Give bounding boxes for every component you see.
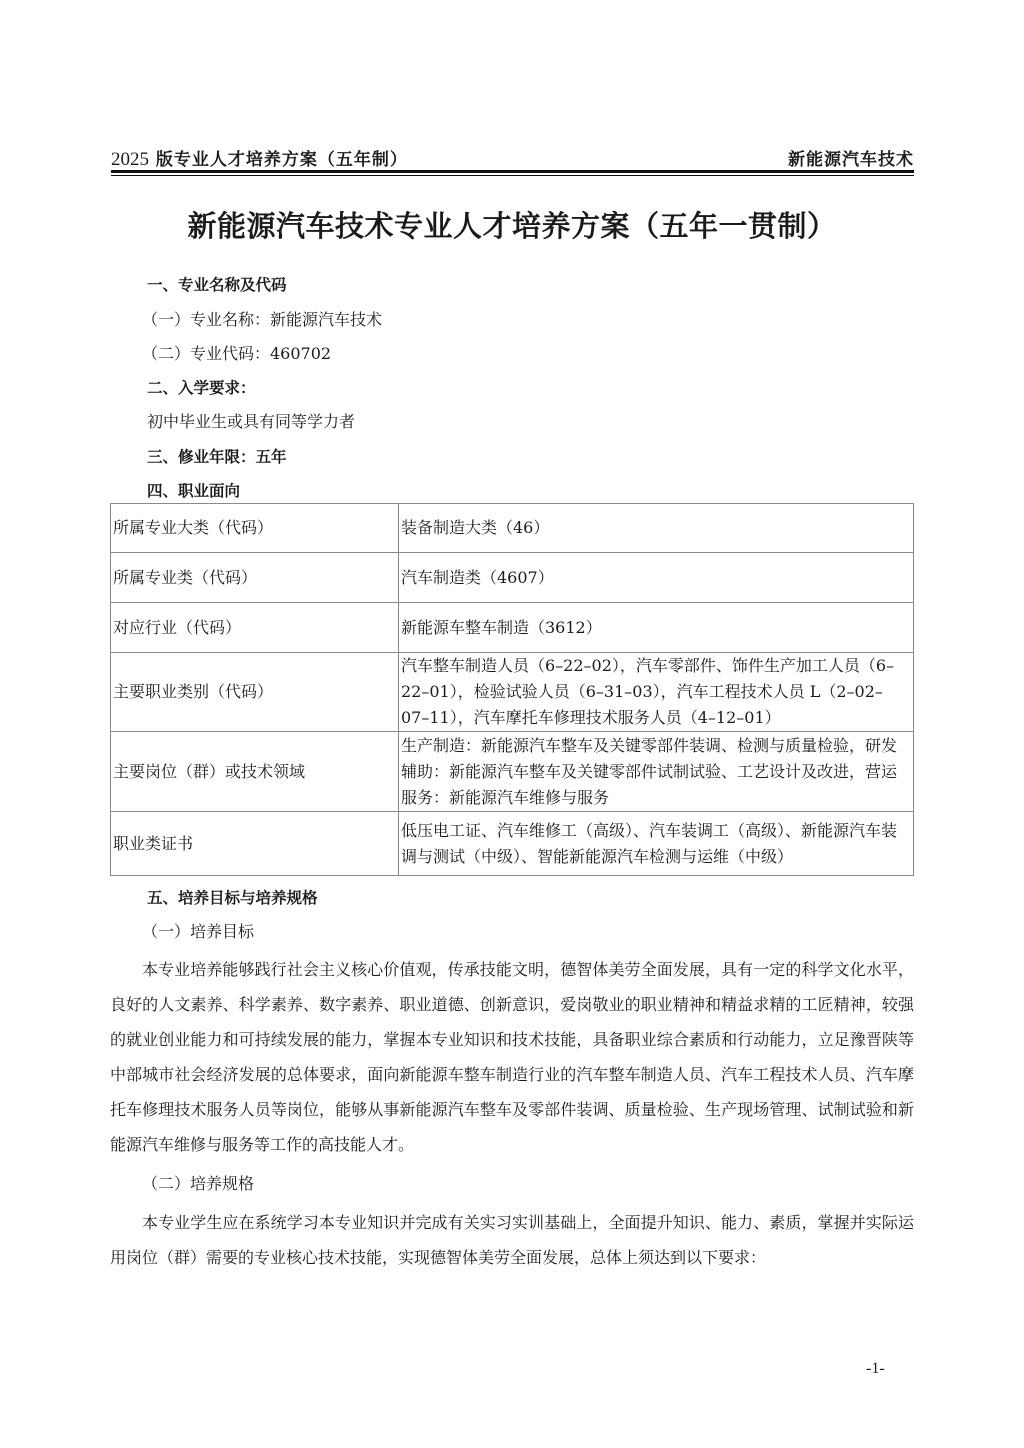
table-row: 所属专业大类（代码） 装备制造大类（46） — [111, 504, 914, 553]
running-header: 2025 版专业人才培养方案（五年制） 新能源汽车技术 — [111, 138, 914, 172]
table-key: 主要岗位（群）或技术领域 — [111, 732, 399, 812]
subsection-training-goal: （一）培养目标 — [142, 921, 254, 943]
subsection-training-spec: （二）培养规格 — [142, 1173, 254, 1195]
header-major-name: 新能源汽车技术 — [788, 148, 914, 172]
page-number: -1- — [866, 1360, 885, 1378]
table-key: 对应行业（代码） — [111, 603, 399, 653]
table-value: 低压电工证、汽车维修工（高级）、汽车装调工（高级）、新能源汽车装调与测试（中级）… — [399, 812, 914, 876]
header-year: 2025 — [111, 149, 149, 170]
table-value: 装备制造大类（46） — [399, 504, 914, 553]
header-divider — [111, 170, 914, 176]
table-key: 所属专业大类（代码） — [111, 504, 399, 553]
header-program-label: 版专业人才培养方案（五年制） — [149, 150, 408, 170]
table-value: 新能源车整车制造（3612） — [399, 603, 914, 653]
section-4-heading: 四、职业面向 — [147, 480, 240, 502]
training-goal-paragraph: 本专业培养能够践行社会主义核心价值观，传承技能文明，德智体美劳全面发展，具有一定… — [110, 952, 914, 1162]
table-row: 主要岗位（群）或技术领域 生产制造：新能源汽车整车及关键零部件装调、检测与质量检… — [111, 732, 914, 812]
table-value: 汽车制造类（4607） — [399, 553, 914, 603]
major-name-line: （一）专业名称：新能源汽车技术 — [142, 309, 382, 331]
career-orientation-table: 所属专业大类（代码） 装备制造大类（46） 所属专业类（代码） 汽车制造类（46… — [110, 503, 914, 876]
table-key: 主要职业类别（代码） — [111, 653, 399, 732]
admission-requirement: 初中毕业生或具有同等学力者 — [147, 411, 355, 433]
table-key: 所属专业类（代码） — [111, 553, 399, 603]
training-spec-paragraph: 本专业学生应在系统学习本专业知识并完成有关实习实训基础上，全面提升知识、能力、素… — [110, 1205, 914, 1275]
table-row: 主要职业类别（代码） 汽车整车制造人员（6–22–02），汽车零部件、饰件生产加… — [111, 653, 914, 732]
table-row: 职业类证书 低压电工证、汽车维修工（高级）、汽车装调工（高级）、新能源汽车装调与… — [111, 812, 914, 876]
section-3-heading: 三、修业年限：五年 — [147, 446, 287, 468]
section-1-heading: 一、专业名称及代码 — [147, 274, 287, 296]
document-title: 新能源汽车技术专业人才培养方案（五年一贯制） — [0, 204, 1024, 248]
table-key: 职业类证书 — [111, 812, 399, 876]
section-2-heading: 二、入学要求： — [147, 377, 256, 399]
table-row: 对应行业（代码） 新能源车整车制造（3612） — [111, 603, 914, 653]
table-value: 汽车整车制造人员（6–22–02），汽车零部件、饰件生产加工人员（6–22–01… — [399, 653, 914, 732]
major-code-line: （二）专业代码：460702 — [142, 343, 331, 365]
table-value: 生产制造：新能源汽车整车及关键零部件装调、检测与质量检验，研发辅助：新能源汽车整… — [399, 732, 914, 812]
table-row: 所属专业类（代码） 汽车制造类（4607） — [111, 553, 914, 603]
section-5-heading: 五、培养目标与培养规格 — [147, 887, 318, 909]
header-left: 2025 版专业人才培养方案（五年制） — [111, 148, 408, 172]
